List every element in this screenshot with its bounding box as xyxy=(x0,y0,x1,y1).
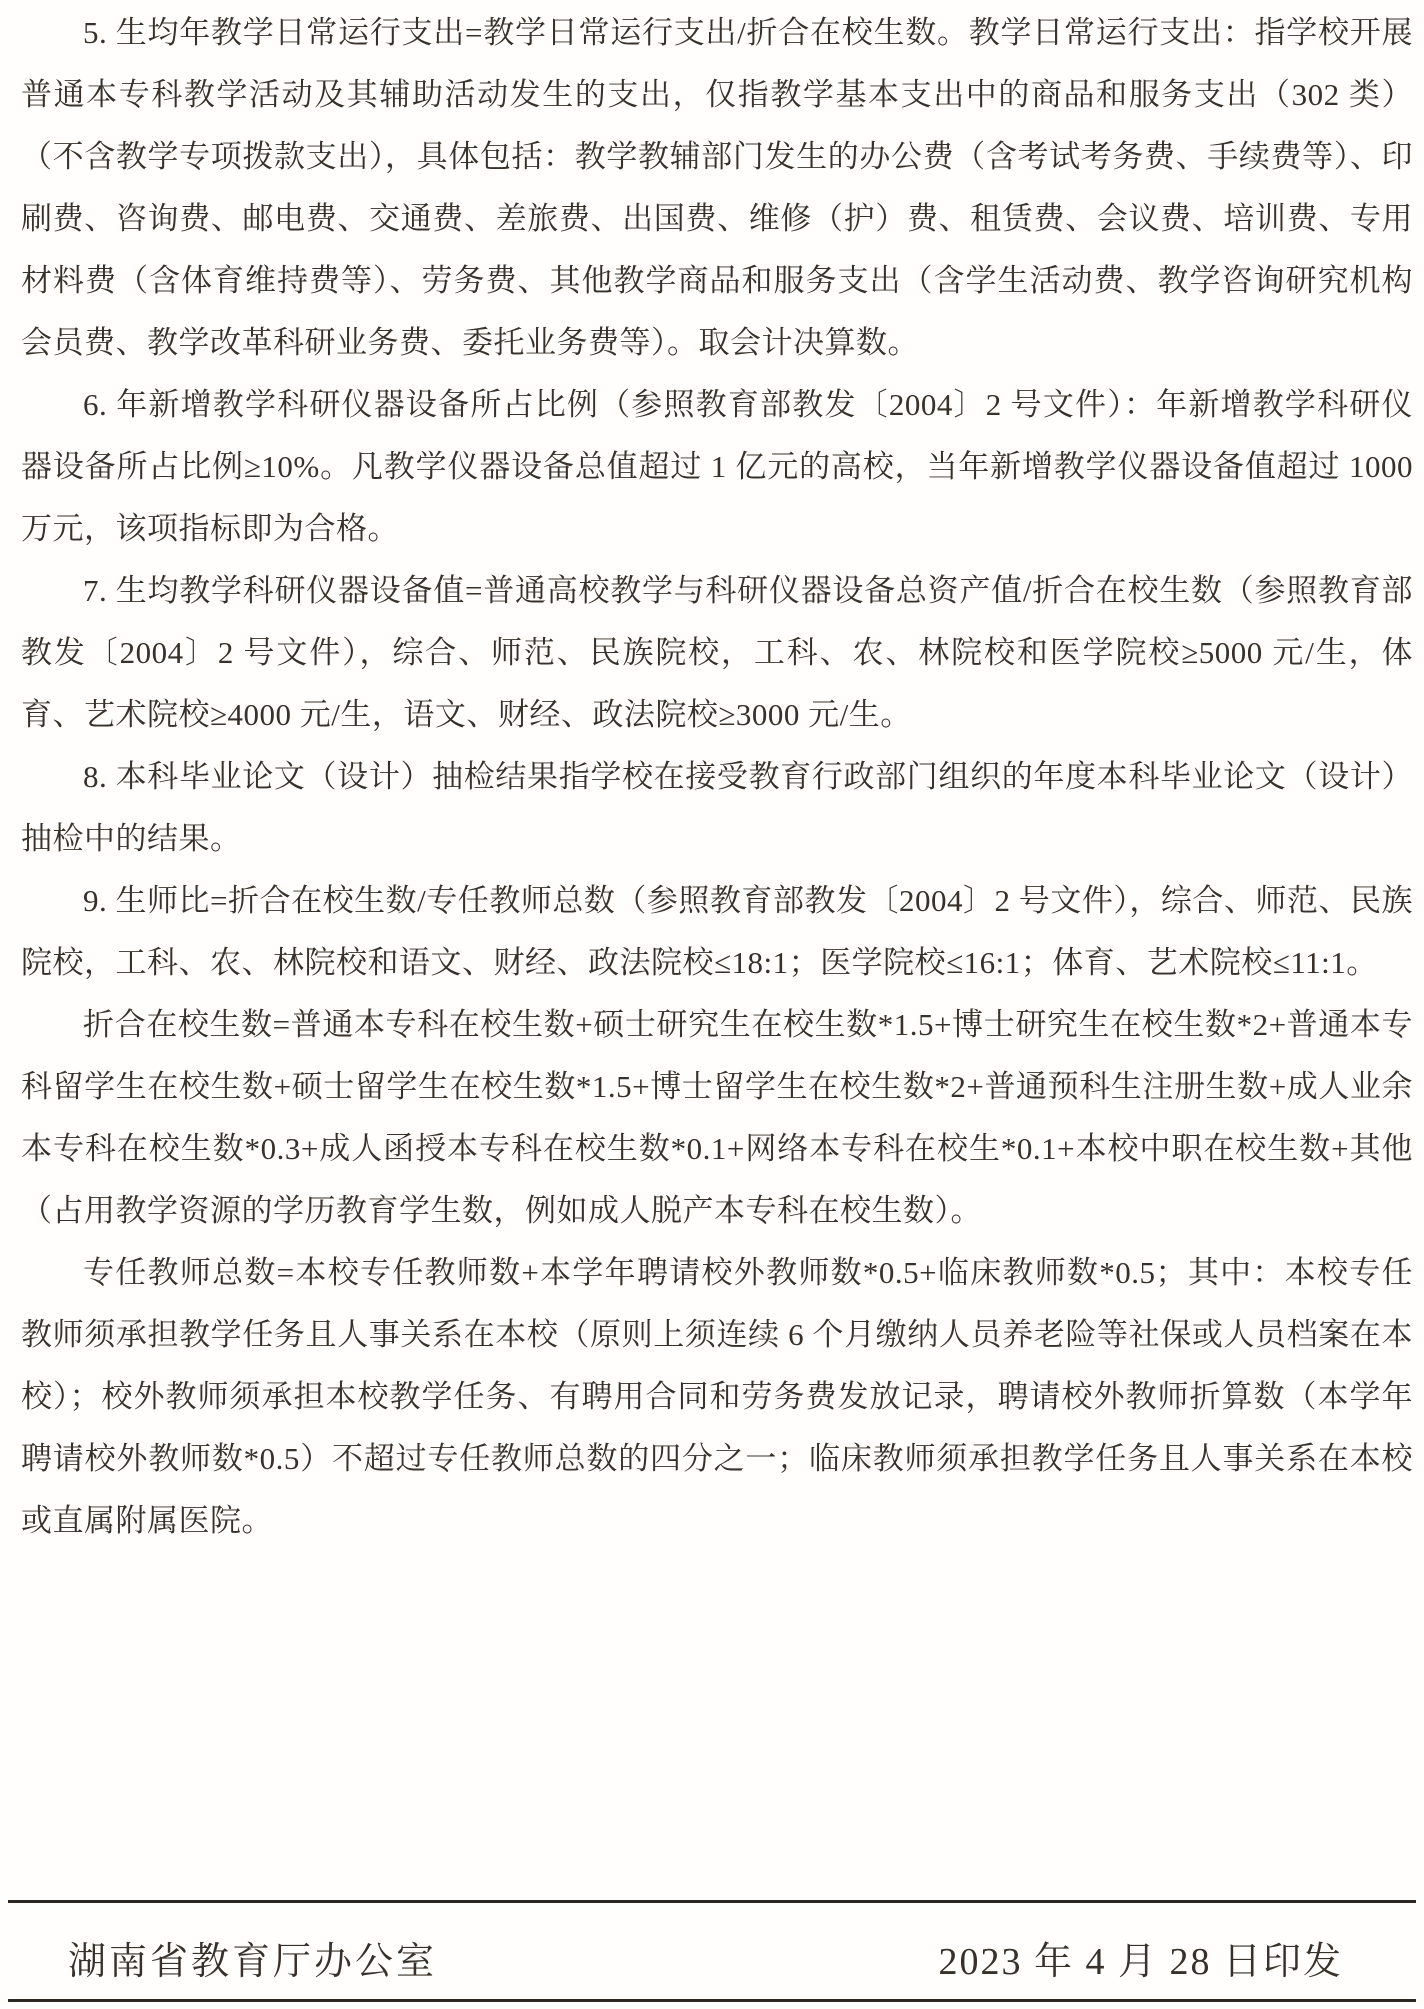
footer-print-date: 2023 年 4 月 28 日印发 xyxy=(938,1936,1343,1988)
paragraph-converted-enrollment: 折合在校生数=普通本专科在校生数+硕士研究生在校生数*1.5+博士研究生在校生数… xyxy=(21,994,1413,1242)
footer-top-rule xyxy=(8,1900,1416,1903)
footer-bottom-rule xyxy=(8,1999,1416,2002)
paragraph-5: 5. 生均年教学日常运行支出=教学日常运行支出/折合在校生数。教学日常运行支出：… xyxy=(21,2,1413,374)
document-page: 5. 生均年教学日常运行支出=教学日常运行支出/折合在校生数。教学日常运行支出：… xyxy=(0,0,1424,2009)
document-body: 5. 生均年教学日常运行支出=教学日常运行支出/折合在校生数。教学日常运行支出：… xyxy=(21,2,1413,1552)
paragraph-8: 8. 本科毕业论文（设计）抽检结果指学校在接受教育行政部门组织的年度本科毕业论文… xyxy=(21,746,1413,870)
paragraph-9: 9. 生师比=折合在校生数/专任教师总数（参照教育部教发〔2004〕2 号文件）… xyxy=(21,870,1413,994)
document-footer: 湖南省教育厅办公室 2023 年 4 月 28 日印发 xyxy=(68,1936,1343,1988)
footer-issuer-label: 湖南省教育厅办公室 xyxy=(68,1936,437,1988)
paragraph-fulltime-teachers: 专任教师总数=本校专任教师数+本学年聘请校外教师数*0.5+临床教师数*0.5；… xyxy=(21,1242,1413,1552)
paragraph-6: 6. 年新增教学科研仪器设备所占比例（参照教育部教发〔2004〕2 号文件）：年… xyxy=(21,374,1413,560)
paragraph-7: 7. 生均教学科研仪器设备值=普通高校教学与科研仪器设备总资产值/折合在校生数（… xyxy=(21,560,1413,746)
